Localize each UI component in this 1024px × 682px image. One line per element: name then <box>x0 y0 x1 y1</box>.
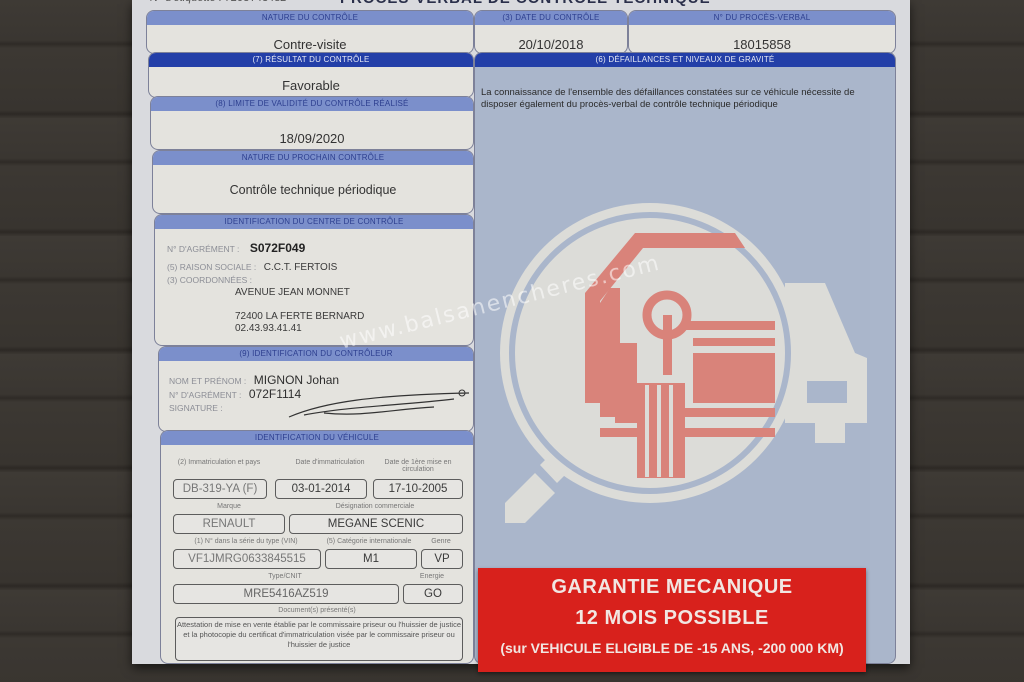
controleur-agrement-label: N° d'agrément : <box>169 390 241 400</box>
prochain-controle-value: Contrôle technique périodique <box>153 183 473 197</box>
defaillances-header: (6) Défaillances et niveaux de gravité <box>475 53 895 67</box>
vin-field: VF1JMRG0633845515 <box>173 549 321 569</box>
centre-agrement-label: N° d'agrément : <box>167 244 239 254</box>
immat-field: DB-319-YA (F) <box>173 479 267 499</box>
inspection-logo-icon <box>485 203 885 543</box>
genre-label: Genre <box>419 538 463 545</box>
prochain-controle-box: Nature du prochain contrôle Contrôle tec… <box>152 150 474 214</box>
coordonnees-label: (3) Coordonnées : <box>167 275 252 285</box>
date-controle-header: (3) Date du contrôle <box>475 11 627 25</box>
centre-controle-header: Identification du centre de contrôle <box>155 215 473 229</box>
designation-field: MEGANE SCENIC <box>289 514 463 534</box>
nature-controle-value: Contre-visite <box>147 37 473 52</box>
vehicule-box: Identification du véhicule (2) Immatricu… <box>160 430 474 664</box>
controleur-box: (9) Identification du contrôleur Nom et … <box>158 346 474 432</box>
energie-label: Energie <box>401 573 463 580</box>
signature-label: Signature : <box>169 403 223 413</box>
address-line-2: 72400 LA FERTE BERNARD <box>235 311 364 322</box>
promo-line-2: 12 MOIS POSSIBLE <box>478 607 866 630</box>
date-immat-field: 03-01-2014 <box>275 479 367 499</box>
marque-label: Marque <box>173 503 285 510</box>
controleur-header: (9) Identification du contrôleur <box>159 347 473 361</box>
promo-line-3: (sur VEHICULE ELIGIBLE DE -15 ANS, -200 … <box>478 640 866 656</box>
promo-line-1: GARANTIE MECANIQUE <box>478 576 866 599</box>
document-title: PROCÈS-VERBAL DE CONTRÔLE TECHNIQUE <box>340 0 711 7</box>
date-controle-value: 20/10/2018 <box>475 37 627 52</box>
documents-field: Attestation de mise en vente établie par… <box>175 617 463 661</box>
signature-scribble-icon <box>284 387 474 423</box>
defaillances-text: La connaissance de l'ensemble des défail… <box>475 67 895 111</box>
pv-number-value: 18015858 <box>629 37 895 52</box>
nature-controle-header: Nature du contrôle <box>147 11 473 25</box>
raison-sociale-value: C.C.T. FERTOIS <box>264 262 338 273</box>
resultat-value: Favorable <box>149 78 473 93</box>
limite-validite-header: (8) Limite de validité du contrôle réali… <box>151 97 473 111</box>
date-controle-box: (3) Date du contrôle 20/10/2018 <box>474 10 628 54</box>
resultat-header: (7) Résultat du contrôle <box>149 53 473 67</box>
pv-number-header: N° du procès-verbal <box>629 11 895 25</box>
centre-agrement-value: S072F049 <box>250 241 305 255</box>
immat-label: (2) Immatriculation et pays <box>169 459 269 466</box>
pv-number-box: N° du procès-verbal 18015858 <box>628 10 896 54</box>
type-field: MRE5416AZ519 <box>173 584 399 604</box>
label-number: N° d'étiquette : 7203T43482 <box>150 0 287 4</box>
designation-label: Désignation commerciale <box>289 503 461 510</box>
categorie-field: M1 <box>325 549 417 569</box>
type-label: Type/CNIT <box>173 573 397 580</box>
genre-field: VP <box>421 549 463 569</box>
documents-label: Document(s) présenté(s) <box>173 607 461 614</box>
energie-field: GO <box>403 584 463 604</box>
limite-validite-box: (8) Limite de validité du contrôle réali… <box>150 96 474 150</box>
raison-sociale-label: (5) Raison sociale : <box>167 262 256 272</box>
limite-validite-value: 18/09/2020 <box>151 131 473 146</box>
date-mec-label: Date de 1ère mise en circulation <box>375 459 461 473</box>
resultat-box: (7) Résultat du contrôle Favorable <box>148 52 474 98</box>
marque-field: RENAULT <box>173 514 285 534</box>
address-line-1: AVENUE JEAN MONNET <box>235 287 350 298</box>
prochain-controle-header: Nature du prochain contrôle <box>153 151 473 165</box>
date-mec-field: 17-10-2005 <box>373 479 463 499</box>
nature-controle-box: Nature du contrôle Contre-visite <box>146 10 474 54</box>
vehicule-header: Identification du véhicule <box>161 431 473 445</box>
vin-label: (1) N° dans la série du type (VIN) <box>173 538 319 545</box>
centre-phone: 02.43.93.41.41 <box>235 323 302 334</box>
date-immat-label: Date d'immatriculation <box>283 459 377 466</box>
categorie-label: (5) Catégorie internationale <box>321 538 417 545</box>
warranty-promo-sticker: GARANTIE MECANIQUE 12 MOIS POSSIBLE (sur… <box>478 568 866 672</box>
